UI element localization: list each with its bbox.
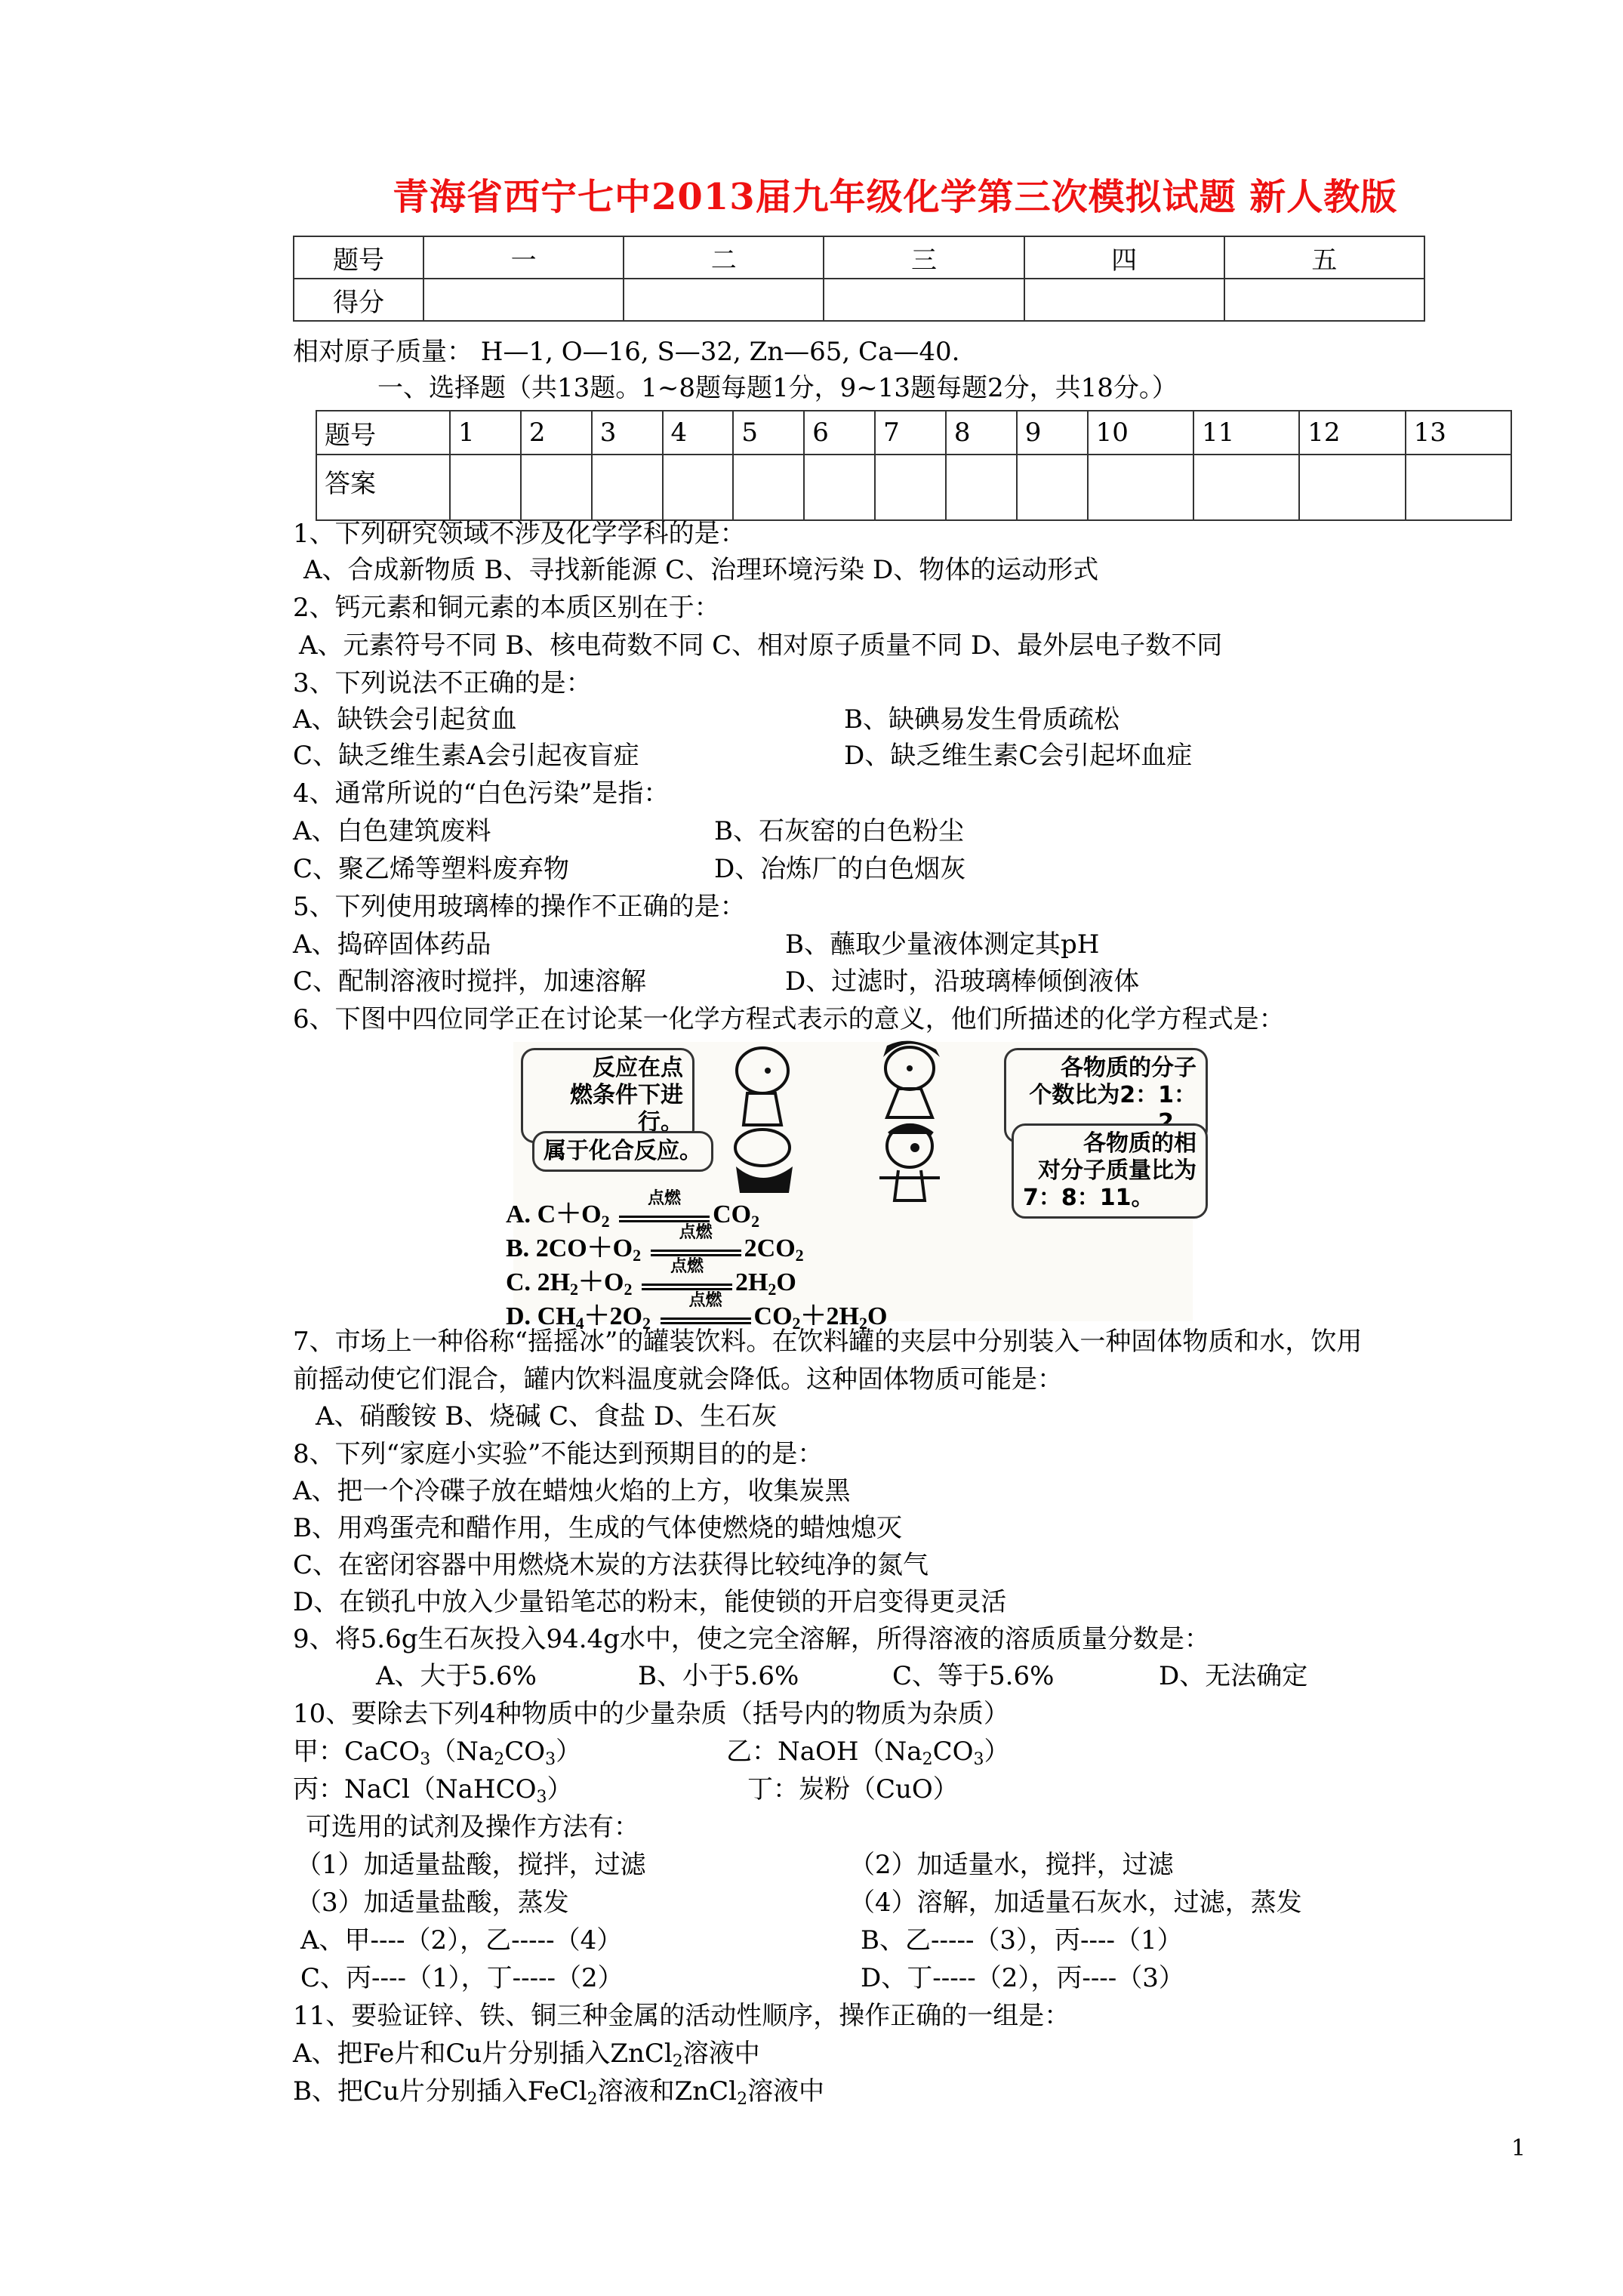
question-10-option-d: D、丁-----（2），丙----（3） — [861, 1963, 1184, 1993]
question-9-option-c: C、等于5.6% — [892, 1661, 1054, 1691]
question-5-option-d: D、过滤时，沿玻璃棒倾倒液体 — [785, 966, 1139, 997]
section-heading: 一、选择题（共13题。1~8题每题1分，9~13题每题2分，共18分。） — [377, 373, 1178, 403]
answer-cell[interactable] — [875, 455, 946, 520]
reaction-condition: 点燃 — [661, 1287, 751, 1311]
question-7-options: A、硝酸铵 B、烧碱 C、食盐 D、生石灰 — [316, 1401, 777, 1432]
question-6-figure: 反应在点 燃条件下进行。 各物质的分子 个数比为2：1：2。 属于化合反应。 各… — [513, 1042, 1193, 1321]
question-number-cell: 12 — [1299, 411, 1405, 455]
subscript: 3 — [420, 1750, 430, 1769]
answer-table: 题号 1 2 3 4 5 6 7 8 9 10 11 12 13 答案 — [316, 410, 1512, 521]
formula-part: 2CO＋O — [536, 1234, 633, 1262]
question-2-stem: 2、钙元素和铜元素的本质区别在于： — [293, 593, 720, 623]
question-10-option-c: C、丙----（1），丁-----（2） — [300, 1963, 624, 1993]
formula-part: 乙：NaOH（Na — [726, 1737, 922, 1767]
score-table: 题号 一 二 三 四 五 得分 — [293, 236, 1425, 322]
formula-part: CO — [933, 1737, 974, 1767]
formula-part: ） — [547, 1774, 572, 1804]
score-header-cell: 四 — [1024, 236, 1224, 279]
score-header-cell: 五 — [1224, 236, 1424, 279]
option-text: 溶液中 — [747, 2076, 824, 2106]
answer-header-label: 题号 — [316, 411, 450, 455]
page-title: 青海省西宁七中2013届九年级化学第三次模拟试题 新人教版 — [393, 168, 1397, 220]
question-10-item-jia: 甲：CaCO3（Na2CO3） — [293, 1737, 581, 1775]
subscript: 2 — [737, 2090, 747, 2109]
bubble-text: 属于化合反应。 — [544, 1138, 702, 1165]
question-number-cell: 5 — [733, 411, 804, 455]
option-text: B、把Cu片分别插入FeCl — [293, 2076, 587, 2106]
formula-part: 丙：NaCl（NaHCO — [293, 1774, 536, 1804]
equation-option-c: C. 2H2＋O2 点燃2H2O — [506, 1261, 796, 1299]
option-label: B. — [506, 1234, 529, 1262]
score-header-cell: 题号 — [294, 236, 423, 279]
answer-cell[interactable] — [450, 455, 521, 520]
answer-table-answer-row: 答案 — [316, 455, 1511, 520]
question-9-option-b: B、小于5.6% — [638, 1661, 799, 1691]
score-cell[interactable] — [1024, 279, 1224, 321]
question-number-cell: 7 — [875, 411, 946, 455]
question-9-stem: 9、将5.6g生石灰投入94.4g水中，使之完全溶解，所得溶液的溶质质量分数是： — [293, 1624, 1210, 1654]
score-cell[interactable] — [1224, 279, 1424, 321]
question-4-option-d: D、冶炼厂的白色烟灰 — [714, 854, 965, 884]
formula-part: C＋O — [537, 1200, 602, 1228]
question-6-stem: 6、下图中四位同学正在讨论某一化学方程式表示的意义，他们所描述的化学方程式是： — [293, 1004, 1285, 1034]
question-5-stem: 5、下列使用玻璃棒的操作不正确的是： — [293, 892, 746, 922]
score-cell[interactable] — [423, 279, 624, 321]
score-cell[interactable] — [824, 279, 1024, 321]
question-number-cell: 13 — [1406, 411, 1511, 455]
answer-cell[interactable] — [1088, 455, 1193, 520]
subscript: 3 — [973, 1750, 984, 1769]
question-number-cell: 2 — [521, 411, 592, 455]
bubble-text: 7：8：11。 — [1023, 1185, 1196, 1212]
question-10-item-bing: 丙：NaCl（NaHCO3） — [293, 1774, 572, 1813]
question-9-option-a: A、大于5.6% — [376, 1661, 537, 1691]
question-3-option-c: C、缺乏维生素A会引起夜盲症 — [293, 741, 639, 771]
subscript: 2 — [673, 2052, 683, 2071]
question-9-option-d: D、无法确定 — [1159, 1661, 1307, 1691]
question-10-method-3: （3）加适量盐酸，蒸发 — [296, 1888, 569, 1918]
formula-part: CO — [504, 1737, 545, 1767]
formula-part: 2H — [537, 1268, 570, 1296]
question-4-option-b: B、石灰窑的白色粉尘 — [714, 816, 964, 846]
question-11-stem: 11、要验证锌、铁、铜三种金属的活动性顺序，操作正确的一组是： — [293, 2001, 1070, 2031]
answer-cell[interactable] — [1299, 455, 1405, 520]
answer-cell[interactable] — [733, 455, 804, 520]
question-number-cell: 11 — [1193, 411, 1299, 455]
bubble-text: 对分子质量比为 — [1023, 1157, 1196, 1185]
bubble-text: 反应在点 — [532, 1055, 683, 1082]
question-2-options: A、元素符号不同 B、核电荷数不同 C、相对原子质量不同 D、最外层电子数不同 — [299, 630, 1222, 661]
answer-cell[interactable] — [592, 455, 663, 520]
question-10-stem: 10、要除去下列4种物质中的少量杂质（括号内的物质为杂质） — [293, 1699, 1009, 1729]
score-table-header-row: 题号 一 二 三 四 五 — [294, 236, 1424, 279]
question-11-option-b: B、把Cu片分别插入FeCl2溶液和ZnCl2溶液中 — [293, 2076, 824, 2115]
question-10-item-ding: 丁：炭粉（CuO） — [747, 1774, 959, 1804]
page-number: 1 — [1511, 2135, 1526, 2162]
student-cartoon-icon — [721, 1042, 804, 1133]
question-8-option-d: D、在锁孔中放入少量铅笔芯的粉末，能使锁的开启变得更灵活 — [293, 1587, 1006, 1617]
formula-part: 2CO — [744, 1234, 796, 1262]
question-number-cell: 4 — [663, 411, 734, 455]
answer-cell[interactable] — [521, 455, 592, 520]
atomic-mass-line: 相对原子质量： H—1, O—16, S—32, Zn—65, Ca—40. — [293, 337, 959, 367]
question-8-option-b: B、用鸡蛋壳和醋作用，生成的气体使燃烧的蜡烛熄灭 — [293, 1513, 902, 1543]
question-number-cell: 6 — [804, 411, 875, 455]
answer-cell[interactable] — [1193, 455, 1299, 520]
reaction-condition: 点燃 — [651, 1219, 741, 1243]
question-number-cell: 9 — [1017, 411, 1088, 455]
answer-table-header-row: 题号 1 2 3 4 5 6 7 8 9 10 11 12 13 — [316, 411, 1511, 455]
student-cartoon-icon — [868, 1034, 951, 1125]
question-1-stem: 1、下列研究领域不涉及化学学科的是： — [293, 519, 746, 549]
question-1-options: A、合成新物质 B、寻找新能源 C、治理环境污染 D、物体的运动形式 — [303, 555, 1098, 585]
score-header-cell: 一 — [423, 236, 624, 279]
subscript: 3 — [545, 1750, 556, 1769]
speech-bubble-mass-ratio: 各物质的相 对分子质量比为 7：8：11。 — [1012, 1123, 1208, 1219]
reaction-condition: 点燃 — [619, 1185, 710, 1209]
question-3-stem: 3、下列说法不正确的是： — [293, 668, 592, 698]
answer-cell[interactable] — [663, 455, 734, 520]
question-number-cell: 10 — [1088, 411, 1193, 455]
option-text: 溶液中 — [683, 2039, 760, 2069]
answer-cell[interactable] — [1017, 455, 1088, 520]
question-4-option-a: A、白色建筑废料 — [293, 816, 491, 846]
answer-cell[interactable] — [946, 455, 1017, 520]
option-label: C. — [506, 1268, 531, 1296]
score-header-cell: 二 — [624, 236, 824, 279]
score-table-score-row: 得分 — [294, 279, 1424, 321]
question-5-option-a: A、捣碎固体药品 — [293, 929, 491, 960]
question-8-option-a: A、把一个冷碟子放在蜡烛火焰的上方，收集炭黑 — [293, 1476, 851, 1506]
question-3-option-d: D、缺乏维生素C会引起坏血症 — [844, 741, 1192, 771]
answer-row-label: 答案 — [316, 455, 450, 520]
question-7-stem-line2: 前摇动使它们混合，罐内饮料温度就会降低。这种固体物质可能是： — [293, 1364, 1063, 1395]
question-4-option-c: C、聚乙烯等塑料废弃物 — [293, 854, 569, 884]
bubble-text: 各物质的分子 — [1015, 1055, 1196, 1082]
question-number-cell: 8 — [946, 411, 1017, 455]
question-10-option-b: B、乙-----（3），丙----（1） — [861, 1925, 1183, 1955]
answer-cell[interactable] — [804, 455, 875, 520]
student-cartoon-icon — [868, 1117, 951, 1208]
score-header-cell: 三 — [824, 236, 1024, 279]
bubble-text: 各物质的相 — [1023, 1130, 1196, 1157]
question-10-method-2: （2）加适量水，搅拌，过滤 — [849, 1850, 1174, 1880]
question-4-stem: 4、通常所说的“白色污染”是指： — [293, 778, 669, 809]
question-11-option-a: A、把Fe片和Cu片分别插入ZnCl2溶液中 — [293, 2039, 760, 2077]
question-3-option-a: A、缺铁会引起贫血 — [293, 704, 517, 735]
question-number-cell: 1 — [450, 411, 521, 455]
reaction-condition: 点燃 — [642, 1253, 732, 1277]
speech-bubble-ignition: 反应在点 燃条件下进行。 — [521, 1048, 694, 1143]
subscript: 2 — [796, 1246, 804, 1265]
formula-part: ） — [984, 1737, 1009, 1767]
question-10-methods-heading: 可选用的试剂及操作方法有： — [306, 1812, 639, 1842]
speech-bubble-combination: 属于化合反应。 — [532, 1131, 713, 1172]
question-5-option-b: B、蘸取少量液体测定其pH — [785, 929, 1099, 960]
question-10-item-yi: 乙：NaOH（Na2CO3） — [726, 1737, 1009, 1775]
score-row-label: 得分 — [294, 279, 423, 321]
subscript: 2 — [922, 1750, 933, 1769]
question-10-method-4: （4）溶解，加适量石灰水，过滤，蒸发 — [849, 1888, 1302, 1918]
formula-part: ） — [556, 1737, 581, 1767]
answer-cell[interactable] — [1406, 455, 1511, 520]
question-10-method-1: （1）加适量盐酸，搅拌，过滤 — [296, 1850, 646, 1880]
question-3-option-b: B、缺碘易发生骨质疏松 — [844, 704, 1119, 735]
formula-part: 甲：CaCO — [293, 1737, 420, 1767]
question-7-stem-line1: 7、市场上一种俗称“摇摇冰”的罐装饮料。在饮料罐的夹层中分别装入一种固体物质和水… — [293, 1327, 1362, 1357]
subscript: 2 — [587, 2090, 598, 2109]
subscript: 2 — [494, 1750, 504, 1769]
formula-part: （Na — [430, 1737, 494, 1767]
question-number-cell: 3 — [592, 411, 663, 455]
formula-part: ＋O — [578, 1268, 624, 1296]
subscript: 3 — [536, 1788, 547, 1807]
formula-part: O — [776, 1268, 796, 1296]
option-text: 溶液和ZnCl — [598, 2076, 737, 2106]
bubble-text: 燃条件下进行。 — [532, 1082, 683, 1136]
question-5-option-c: C、配制溶液时搅拌，加速溶解 — [293, 966, 646, 997]
question-8-stem: 8、下列“家庭小实验”不能达到预期目的的是： — [293, 1439, 823, 1469]
question-8-option-c: C、在密闭容器中用燃烧木炭的方法获得比较纯净的氮气 — [293, 1550, 929, 1580]
question-10-option-a: A、甲----（2），乙-----（4） — [300, 1925, 622, 1955]
option-text: A、把Fe片和Cu片分别插入ZnCl — [293, 2039, 673, 2069]
score-cell[interactable] — [624, 279, 824, 321]
option-label: A. — [506, 1200, 531, 1228]
